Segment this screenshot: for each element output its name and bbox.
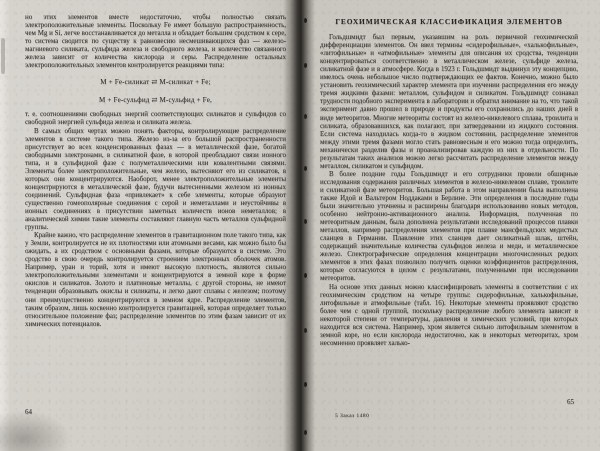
chapter-heading: ГЕОХИМИЧЕСКАЯ КЛАССИФИКАЦИЯ ЭЛЕМЕНТОВ (320, 18, 578, 26)
sulfide-equilibrium-equation: М + Fe-сульфид ⇄ М-сульфид + Fe, (25, 96, 286, 104)
left-page: но этих элементов вместе недостаточно, ч… (25, 14, 286, 434)
paragraph-continuation: но этих элементов вместе недостаточно, ч… (25, 14, 286, 70)
printers-order-mark: 5 Заказ 1480 (335, 412, 369, 420)
book-gutter-shadow (283, 0, 315, 451)
paragraph: т. е. соотношениями свободных энергий со… (25, 111, 286, 127)
silicate-equilibrium-equation: М + Fe-силикат ⇄ М-силикат + Fe; (25, 78, 286, 86)
equation-block: М + Fe-силикат ⇄ М-силикат + Fe; М + Fe-… (25, 78, 286, 104)
paragraph: На основе этих данных можно классифициро… (320, 284, 578, 348)
scan-edge-mark (1, 38, 5, 74)
paragraph: В самых общих чертах можно понять фактор… (25, 128, 286, 233)
page-number-right: 65 (567, 398, 574, 406)
paragraph: В более поздние годы Гольдшмидт и его со… (320, 171, 578, 284)
paragraph: Крайне важно, что распределение элементо… (25, 232, 286, 329)
page-number-left: 64 (25, 408, 32, 416)
book-spread-scan: но этих элементов вместе недостаточно, ч… (0, 0, 600, 451)
right-page: ГЕОХИМИЧЕСКАЯ КЛАССИФИКАЦИЯ ЭЛЕМЕНТОВ Го… (320, 12, 578, 442)
paragraph: Гольдшмидт был первым, указавшим на роль… (320, 34, 578, 171)
